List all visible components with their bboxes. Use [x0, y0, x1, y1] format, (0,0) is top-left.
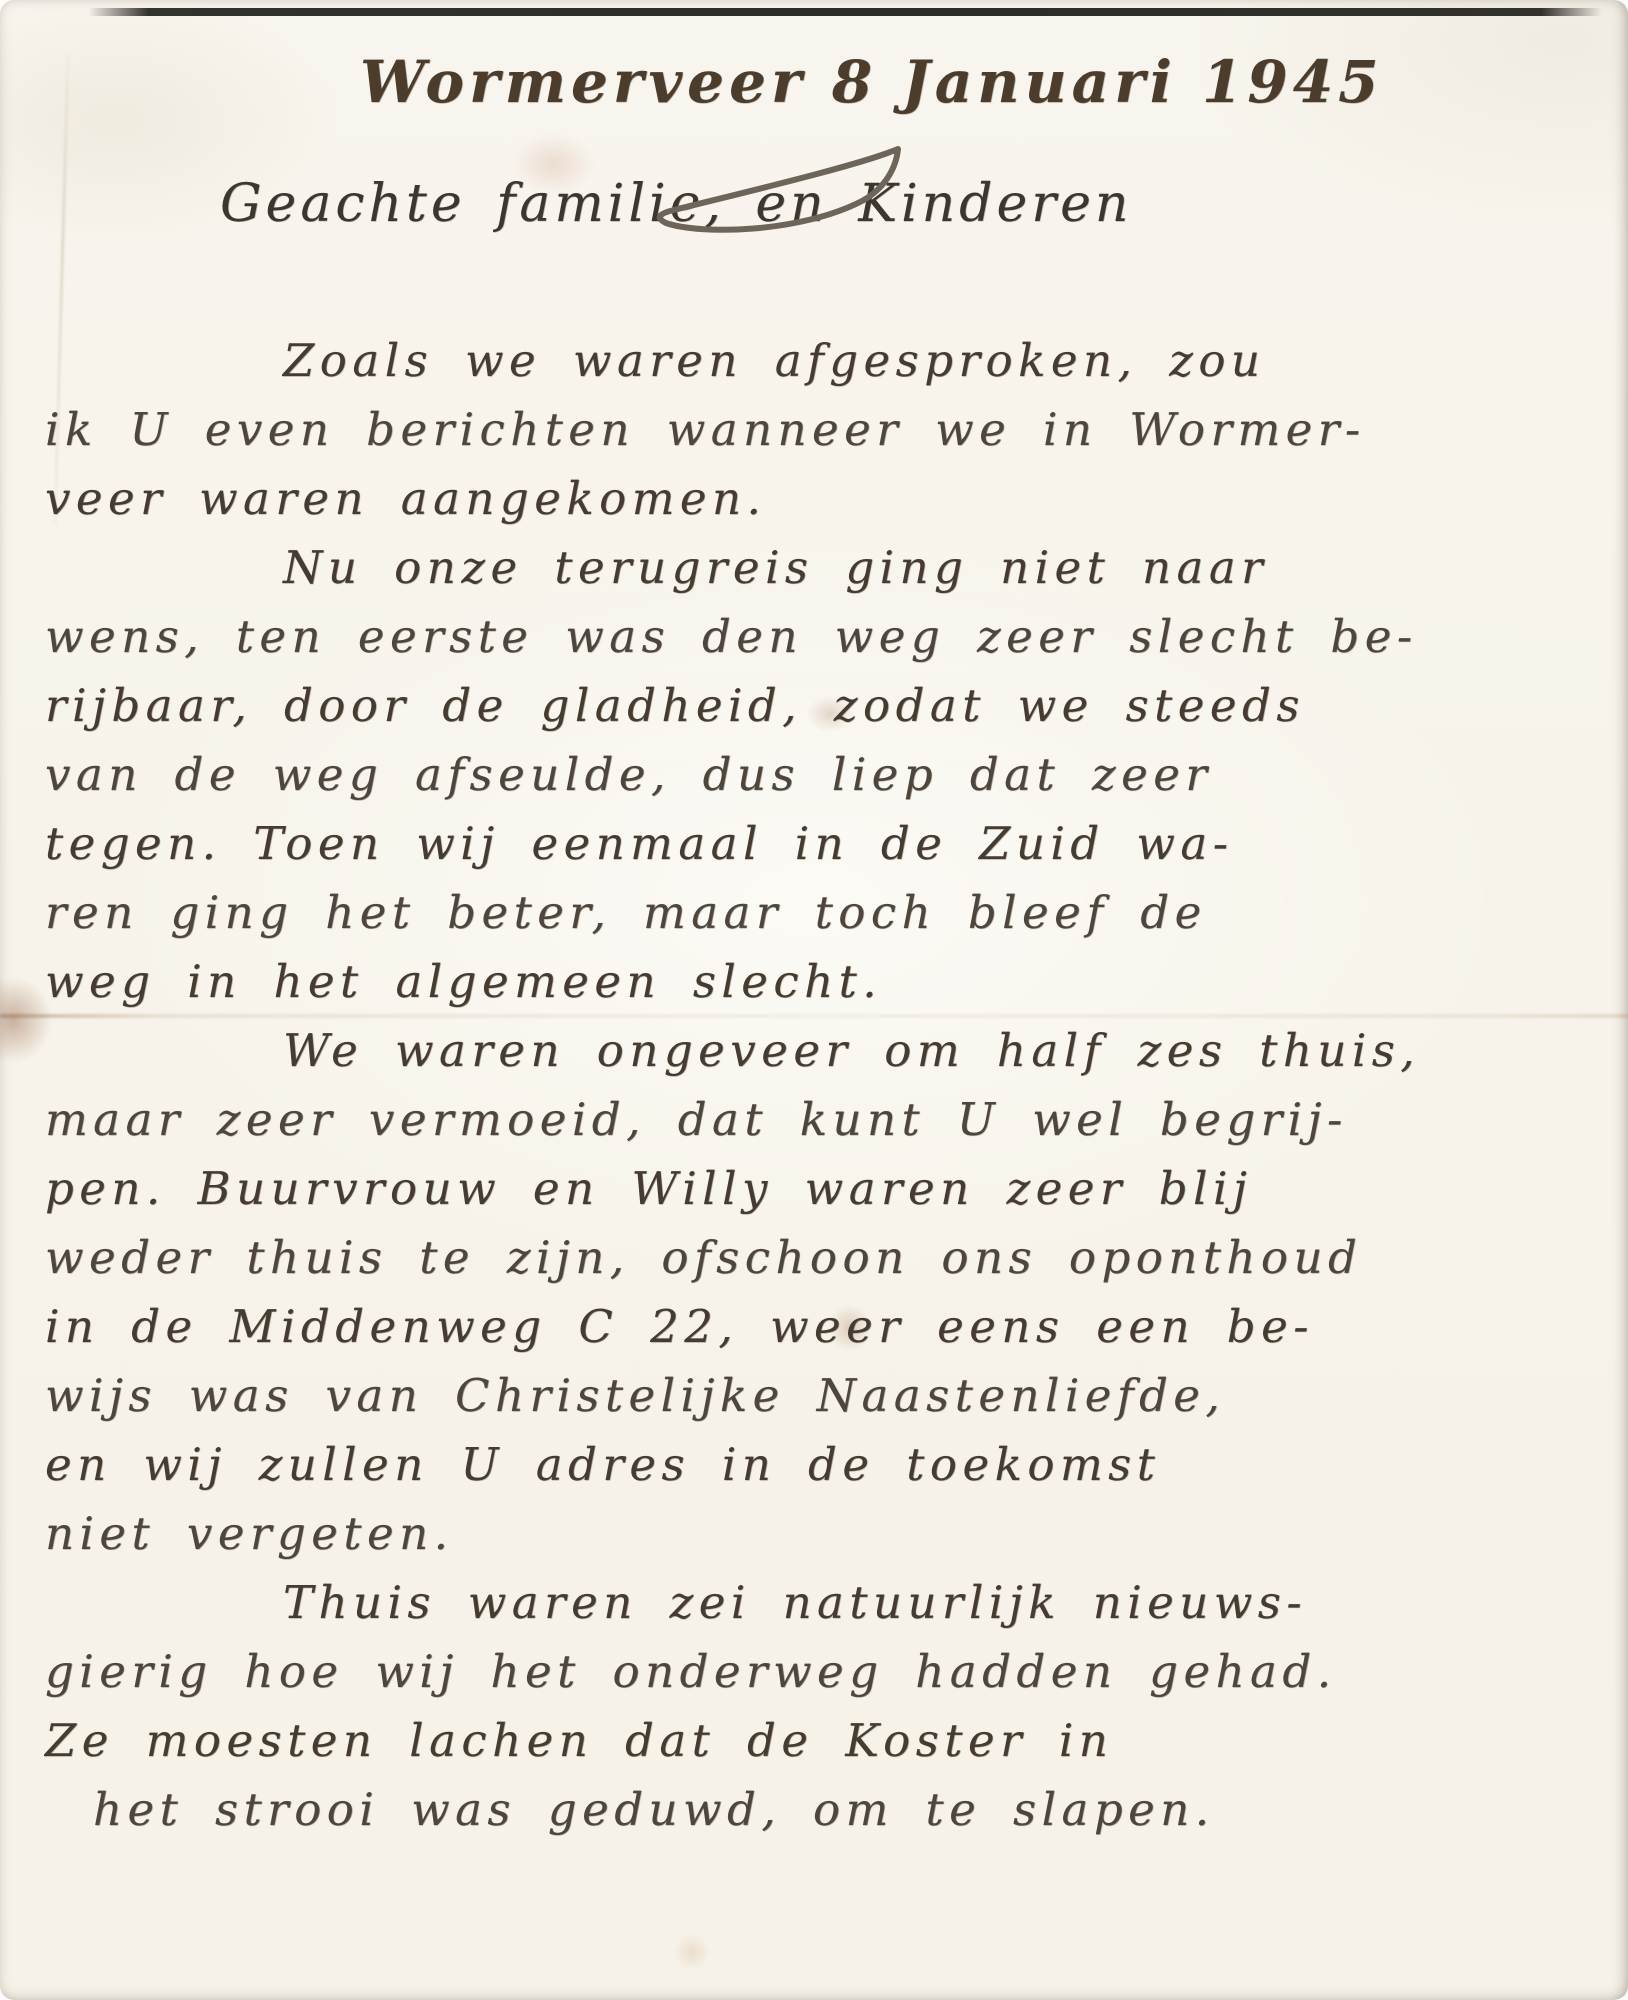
- letter-line: Nu onze terugreis ging niet naar: [45, 533, 1598, 602]
- letter-line: weder thuis te zijn, ofschoon ons oponth…: [45, 1223, 1598, 1292]
- letter-line: wijs was van Christelijke Naastenliefde,: [45, 1361, 1598, 1430]
- letter-line: tegen. Toen wij eenmaal in de Zuid wa-: [45, 809, 1598, 878]
- letter-paragraph: Thuis waren zei natuurlijk nieuws- gieri…: [45, 1568, 1598, 1844]
- letter-line: veer waren aangekomen.: [45, 464, 1598, 533]
- letter-line: en wij zullen U adres in de toekomst: [45, 1430, 1598, 1499]
- letter-line: ik U even berichten wanneer we in Wormer…: [45, 395, 1598, 464]
- letter-line: in de Middenweg C 22, weer eens een be-: [45, 1292, 1598, 1361]
- scanner-edge-shadow: [88, 8, 1602, 16]
- letter-content: Wormerveer 8 Januari 1945 Geachte famili…: [45, 48, 1598, 1844]
- letter-line: gierig hoe wij het onderweg hadden gehad…: [45, 1637, 1598, 1706]
- letter-dateline: Wormerveer 8 Januari 1945: [45, 48, 1598, 116]
- letter-body: Zoals we waren afgesproken, zou ik U eve…: [45, 326, 1598, 1844]
- letter-paragraph: Zoals we waren afgesproken, zou ik U eve…: [45, 326, 1598, 533]
- letter-line: pen. Buurvrouw en Willy waren zeer blij: [45, 1154, 1598, 1223]
- letter-line: Zoals we waren afgesproken, zou: [45, 326, 1598, 395]
- letter-line: rijbaar, door de gladheid, zodat we stee…: [45, 671, 1598, 740]
- scanned-letter-page: Wormerveer 8 Januari 1945 Geachte famili…: [0, 0, 1628, 2000]
- pen-flourish-underline: [630, 143, 910, 258]
- letter-line: weg in het algemeen slecht.: [45, 947, 1598, 1016]
- letter-line: We waren ongeveer om half zes thuis,: [45, 1016, 1598, 1085]
- letter-line: niet vergeten.: [45, 1499, 1598, 1568]
- letter-line: ren ging het beter, maar toch bleef de: [45, 878, 1598, 947]
- letter-paragraph: We waren ongeveer om half zes thuis, maa…: [45, 1016, 1598, 1568]
- letter-line: maar zeer vermoeid, dat kunt U wel begri…: [45, 1085, 1598, 1154]
- letter-paragraph: Nu onze terugreis ging niet naar wens, t…: [45, 533, 1598, 1016]
- letter-line: Ze moesten lachen dat de Koster in: [45, 1706, 1598, 1775]
- letter-line: Thuis waren zei natuurlijk nieuws-: [45, 1568, 1598, 1637]
- letter-line: wens, ten eerste was den weg zeer slecht…: [45, 602, 1598, 671]
- letter-line: het strooi was geduwd, om te slapen.: [45, 1775, 1598, 1844]
- letter-paper: Wormerveer 8 Januari 1945 Geachte famili…: [0, 0, 1628, 2000]
- letter-line: van de weg afseulde, dus liep dat zeer: [45, 740, 1598, 809]
